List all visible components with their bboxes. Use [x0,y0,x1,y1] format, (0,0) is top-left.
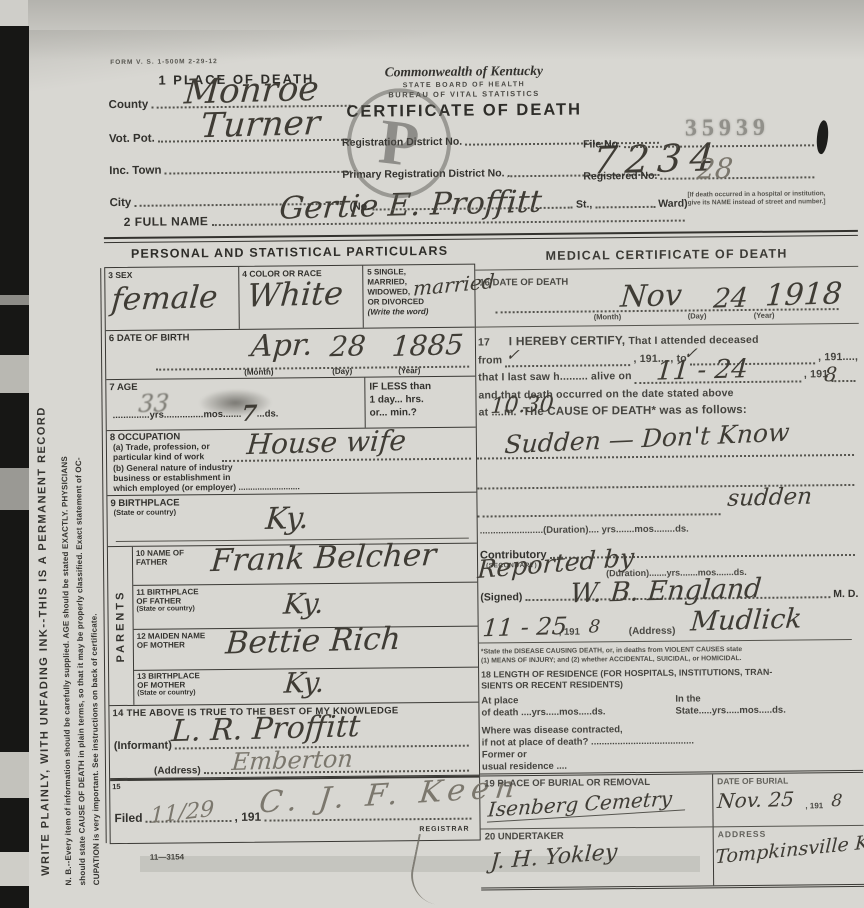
former-line-1: Former or [482,749,567,762]
father-name-row: 10 NAME OF FATHER Frank Belcher [133,544,477,586]
last-saw-pre: that I last saw h......... alive on [478,368,632,387]
md-label: M. D. [833,588,858,600]
race-cell: 4 COLOR OR RACE White [239,266,364,329]
p-stamp-letter: P [375,104,422,182]
footnote: *State the DISEASE CAUSING DEATH, or, in… [481,644,859,666]
burial-place-cell: 19 PLACE OF BURIAL OR REMOVAL Isenberg C… [480,774,712,829]
if-less-cell: IF LESS than 1 day... hrs. or... min.? [364,377,475,428]
parents-rows: 10 NAME OF FATHER Frank Belcher 11 BIRTH… [133,544,479,705]
sex-value: female [110,282,219,316]
residence-label: 18 LENGTH OF RESIDENCE (FOR HOSPITALS, I… [481,666,859,692]
form-number: FORM V. S. 1-500M 2-29-12 [110,58,218,66]
if-less-3: or... min.? [370,406,472,420]
informant-address-label: (Address) [154,765,201,776]
registrar-label: REGISTRAR [419,826,469,833]
last-saw-value: 11 - 24 [655,356,749,384]
inc-town-row: Inc. Town [109,163,354,177]
sex-cell: 3 SEX female [105,267,240,330]
at-place-2: of death ....yrs.....mos.....ds. [481,707,605,721]
signed-value: W. B. England [569,575,762,607]
mother-name-value: Bettie Rich [224,624,401,660]
informant-value: L. R. Proffitt [170,712,361,747]
parents-label: PARENTS [114,590,127,663]
in-state-2: State.....yrs.....mos.....ds. [675,705,785,718]
contracted-block: Where was disease contracted, if not at … [482,723,694,750]
dob-day: 28 [329,332,367,361]
occupation-a-value: House wife [246,427,407,459]
cause-dotted-line-3 [478,511,721,517]
time-value: 10.30 [490,394,555,418]
hospital-note: [If death occurred in a hospital or inst… [687,190,835,208]
address-value: Mudlick [689,605,802,635]
file-number-stamp: 35939 [685,115,770,143]
row-date-of-birth: 6 DATE OF BIRTH Apr. 28 1885 (Month) (Da… [106,328,475,381]
registered-no-label: Registered No. [583,170,657,183]
signature-tail-stroke [406,834,449,905]
row-sex-race-marital: 3 SEX female 4 COLOR OR RACE White 5 SIN… [105,265,475,332]
file-no-label: File No. [583,138,621,150]
registered-no-value: 28 [696,155,734,184]
father-birthplace-value: Ky. [282,589,324,618]
birthplace-hint: (State or country) [114,507,177,517]
certificate: WRITE PLAINLY, WITH UNFADING INK--THIS I… [0,0,864,908]
occupation-b-3: which employed (or employer) ...........… [113,481,300,493]
mother-birthplace-row: 13 BIRTHPLACE OF MOTHER (State or countr… [134,668,478,705]
place-of-death-block: FORM V. S. 1-500M 2-29-12 1 PLACE OF DEA… [108,57,358,59]
dob-year: 1885 [391,331,465,361]
occupation-a-2: particular kind of work [113,451,204,462]
inc-town-label: Inc. Town [109,165,161,178]
parents-block: PARENTS 10 NAME OF FATHER Frank Belcher … [108,544,479,707]
dob-dotted-line [156,364,469,371]
leader [660,174,814,179]
dob-label: 6 DATE OF BIRTH [109,332,190,344]
duration-hw: sudden [726,486,812,511]
mother-name-label-2: OF MOTHER [137,641,185,651]
burial-right-col: DATE OF BURIAL Nov. 25 , 191 8 ADDRESS T… [712,773,864,885]
marital-cell: 5 SINGLE, MARRIED, WIDOWED, OR DIVORCED … [363,265,475,328]
burial-left-col: 19 PLACE OF BURIAL OR REMOVAL Isenberg C… [480,774,713,887]
check-mark-1: ✓ [505,347,520,363]
informant-address-value: Emberton [231,747,354,774]
margin-note-3: CUPATION is very important. See instruct… [90,613,102,885]
microfilm-scan: { "margin": { "bold_line": "WRITE PLAINL… [0,0,864,908]
signed-year-hw: 8 [588,618,601,636]
leader [595,204,655,209]
burial-value: Isenberg Cemetry [487,787,687,822]
if-less-2: 1 day... hrs. [369,393,471,407]
date-of-death-label: 16 DATE OF DEATH [479,277,568,289]
margin-note-2: should state CAUSE OF DEATH in plain ter… [74,457,87,885]
burial-date-label: DATE OF BURIAL [717,775,859,786]
burial-grid: 19 PLACE OF BURIAL OR REMOVAL Isenberg C… [480,770,864,891]
cause-value: Sudden — Don't Know [504,420,791,458]
residence-label-2: SIENTS OR RECENT RESIDENTS) [481,677,859,692]
burial-year-hw: 8 [831,793,843,810]
certify-item-no: 17 [478,336,490,348]
parents-label-cell: PARENTS [108,547,135,705]
signed-date-hw: 11 - 25 [482,614,568,640]
father-name-value: Frank Belcher [210,540,438,577]
month-caption: (Month) [244,368,273,377]
county-label: County [109,99,149,111]
age-label: 7 AGE [109,382,137,393]
from-label: from [478,352,502,370]
dod-month-caption: (Month) [594,312,622,321]
header-divider [104,230,858,243]
informant-label: (Informant) [114,740,172,753]
personal-section: PERSONAL AND STATISTICAL PARTICULARS 3 S… [104,244,481,845]
race-value: White [246,277,344,312]
dod-rule [476,322,859,328]
form-footer-number: 11—3154 [150,852,184,861]
city-label: City [110,197,132,209]
full-name-label: 2 FULL NAME [124,214,209,229]
at-place-1: At place [481,694,605,708]
leader [164,169,351,175]
precinct-value: Turner [199,106,321,143]
margin-note-bold: WRITE PLAINLY, WITH UNFADING INK--THIS I… [36,406,53,876]
mother-birthplace-hint: (State or country) [137,689,195,697]
undertaker-address-cell: ADDRESS Tompkinsville Ky [714,826,864,885]
father-birthplace-hint: (State or country) [136,605,194,613]
filed-label: Filed [114,811,142,825]
row-occupation: 8 OCCUPATION (a) Trade, profession, or p… [107,428,477,497]
row-informant: 14 THE ABOVE IS TRUE TO THE BEST OF MY K… [109,703,479,780]
age-years-value: 33 [138,391,170,416]
st-label: St., [576,198,592,210]
personal-grid: 3 SEX female 4 COLOR OR RACE White 5 SIN… [104,264,481,845]
medical-section: MEDICAL CERTIFICATE OF DEATH 16 DATE OF … [475,240,858,244]
no-label: (No. [350,201,371,213]
ward-label: Ward) [658,198,687,210]
burial-year-print: , 191 [805,801,823,810]
dod-day-caption: (Day) [688,311,707,320]
precinct-label: Vot. Pot. [109,133,155,145]
age-cell: 7 AGE ..............yrs...............mo… [106,378,364,430]
leader [373,205,573,211]
if-less-1: IF LESS than [369,380,471,394]
leader [505,362,630,367]
filed-item-no: 15 [112,782,120,791]
signed-year-print: , 191 [559,627,580,638]
duration-line: ........................(Duration).... y… [480,522,858,537]
cause-intro: The CAUSE OF DEATH* was as follows: [523,404,747,418]
burial-date-cell: DATE OF BURIAL Nov. 25 , 191 8 [713,773,864,827]
certify-bold: I HEREBY CERTIFY, [509,333,626,348]
year-caption: (Year) [398,366,420,375]
in-state-1: In the [675,693,785,706]
in-state-block: In the State.....yrs.....mos.....ds. [675,693,786,719]
margin-note-1: N. B.--Every item of information should … [60,456,73,885]
leader [624,142,814,148]
mother-name-row: 12 MAIDEN NAME OF MOTHER Bettie Rich [134,627,478,671]
dod-year-caption: (Year) [754,311,775,320]
commonwealth-title: Commonwealth of Kentucky [336,62,591,80]
row-filed: 15 Filed , 191 11/29 C. J. F. Keen REGIS… [110,776,480,844]
former-residence-block: Former or usual residence .... [482,749,567,775]
contracted-line-2: if not at place of death? ..............… [482,736,694,750]
day-caption: (Day) [332,367,352,376]
marital-hint: (Write the word) [368,307,471,318]
birthplace-value: Ky. [264,504,309,535]
last-saw-year-hw: 8 [823,364,837,384]
mother-birthplace-value: Ky. [283,669,325,698]
at-label: at [479,406,489,418]
dob-month: Apr. [250,331,314,363]
ink-smudge [198,389,272,418]
undertaker-value: J. H. Yokley [490,842,618,874]
address-label: (Address) [629,626,676,637]
ink-blob [815,120,829,155]
medical-title: MEDICAL CERTIFICATE OF DEATH [475,246,858,271]
row-age: 7 AGE ..............yrs...............mo… [106,377,475,432]
signed-label: (Signed) [480,591,522,603]
at-place-block: At place of death ....yrs.....mos.....ds… [481,694,605,720]
father-name-label-2: FATHER [136,558,167,568]
undertaker-cell: 20 UNDERTAKER J. H. Yokley [481,827,714,887]
burial-date-value: Nov. 25 [716,789,794,811]
